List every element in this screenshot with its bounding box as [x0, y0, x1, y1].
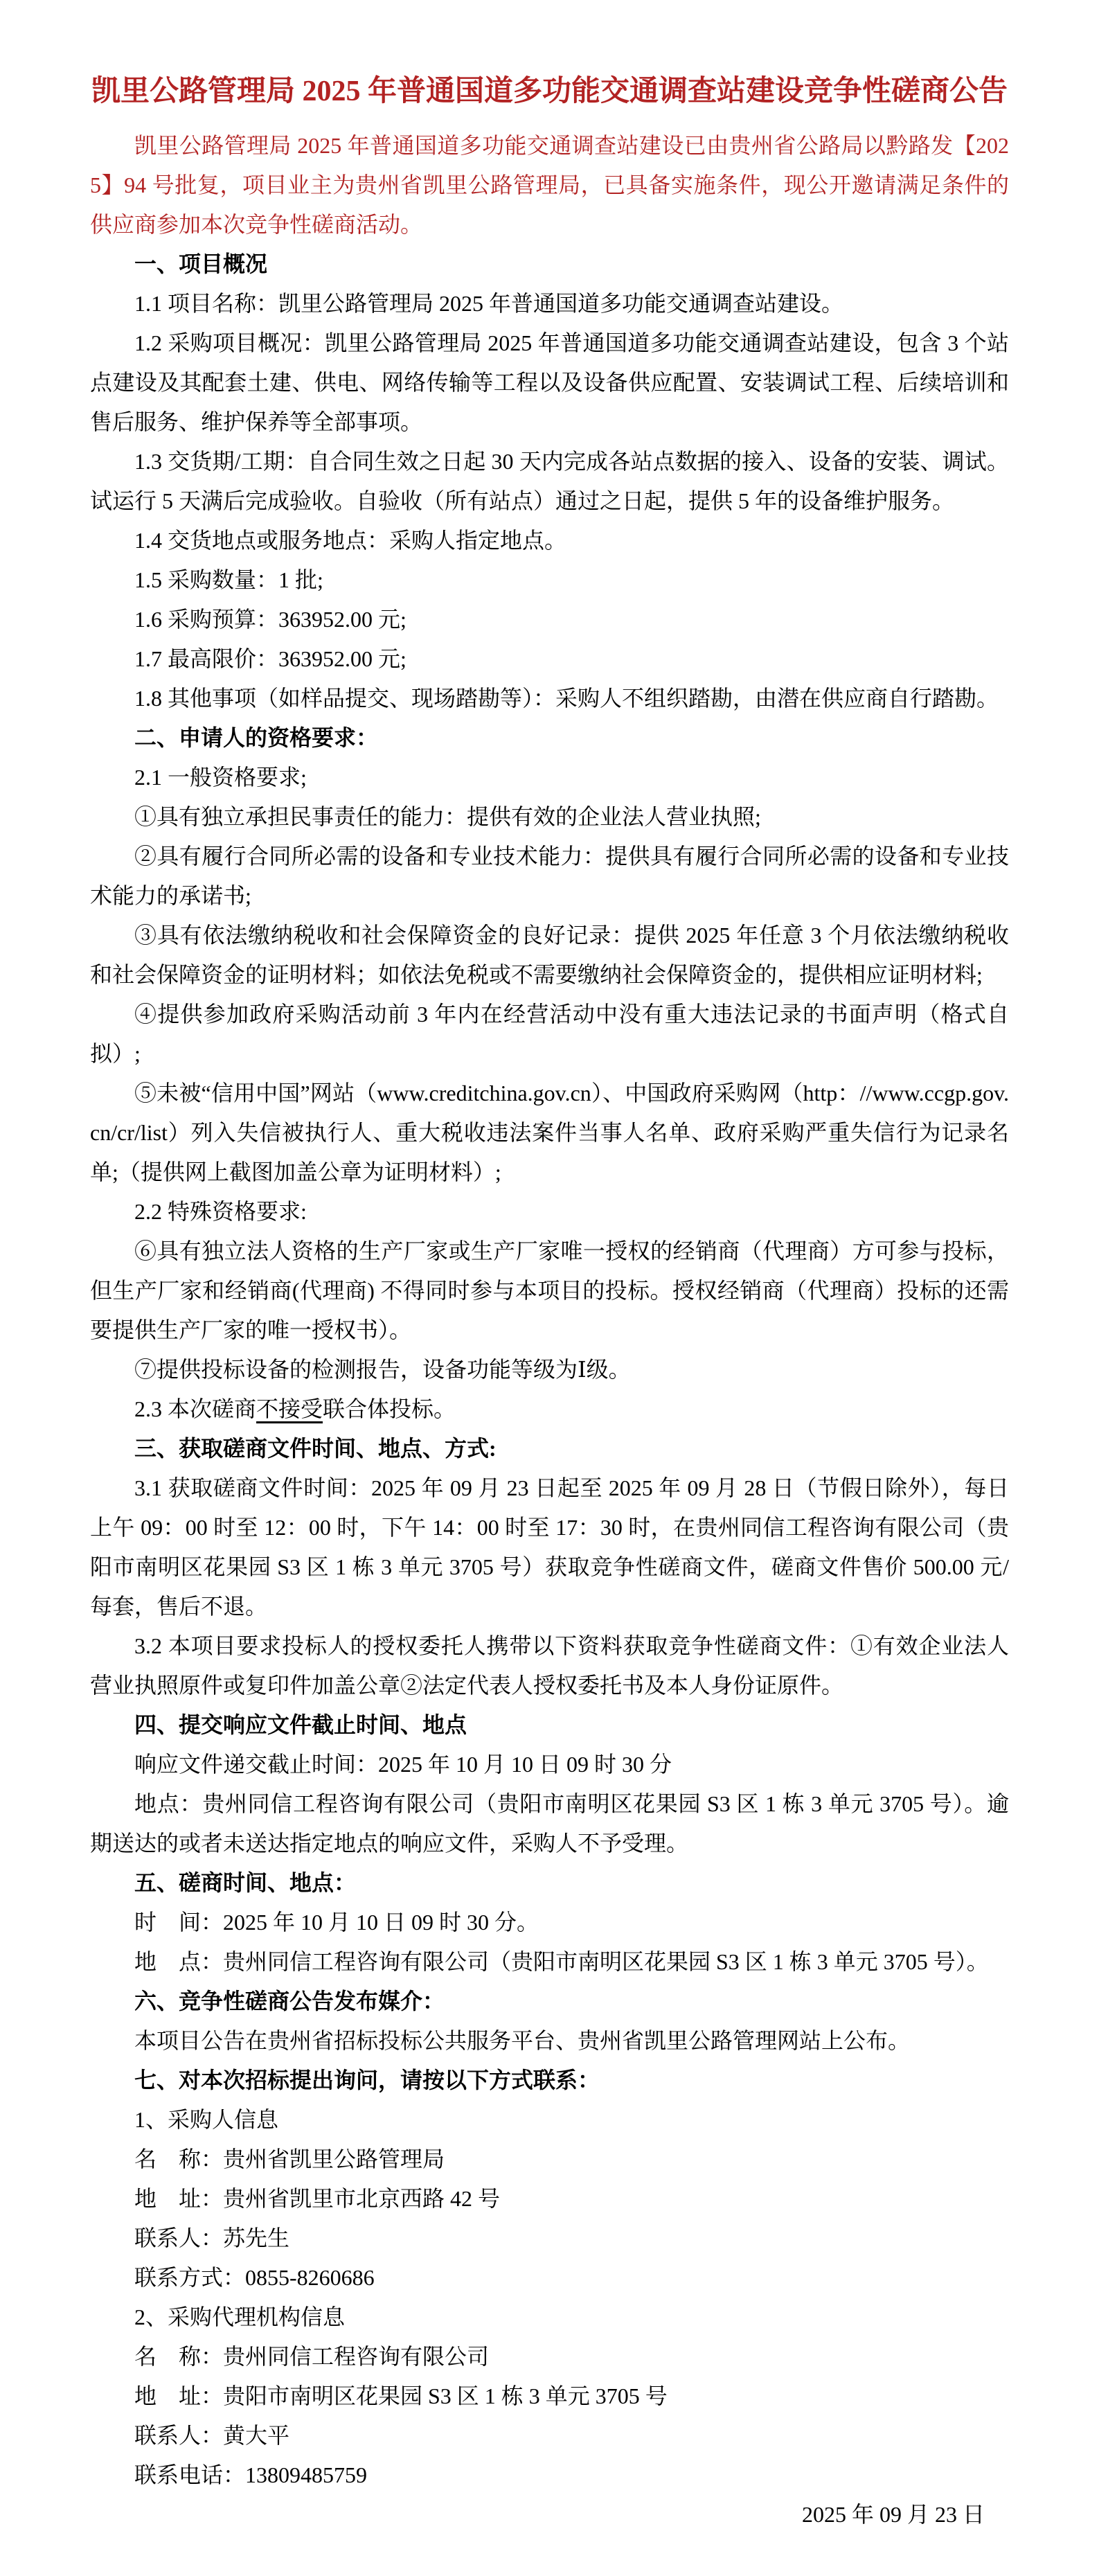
- document-title: 凯里公路管理局 2025 年普通国道多功能交通调查站建设竞争性磋商公告: [90, 69, 1009, 114]
- paragraph: 3.1 获取磋商文件时间：2025 年 09 月 23 日起至 2025 年 0…: [90, 1468, 1009, 1626]
- paragraph: 1.7 最高限价：363952.00 元;: [90, 639, 1009, 679]
- section-heading: 六、竞争性磋商公告发布媒介：: [90, 1982, 1009, 2021]
- paragraph: ③具有依法缴纳税收和社会保障资金的良好记录：提供 2025 年任意 3 个月依法…: [90, 916, 1009, 995]
- section-heading: 五、磋商时间、地点：: [90, 1863, 1009, 1903]
- paragraph: 地 址：贵州省凯里市北京西路 42 号: [90, 2179, 1009, 2219]
- paragraph: ⑤未被“信用中国”网站（www.creditchina.gov.cn）、中国政府…: [90, 1074, 1009, 1192]
- paragraph: 1.6 采购预算：363952.00 元;: [90, 600, 1009, 639]
- paragraph: 1.3 交货期/工期：自合同生效之日起 30 天内完成各站点数据的接入、设备的安…: [90, 442, 1009, 521]
- paragraph: 本项目公告在贵州省招标投标公共服务平台、贵州省凯里公路管理网站上公布。: [90, 2021, 1009, 2061]
- paragraph: 地 址：贵阳市南明区花果园 S3 区 1 栋 3 单元 3705 号: [90, 2377, 1009, 2416]
- date-line: 2025 年 09 月 23 日: [90, 2495, 1009, 2534]
- paragraph: 1、采购人信息: [90, 2100, 1009, 2140]
- paragraph: ⑦提供投标设备的检测报告，设备功能等级为Ⅰ级。: [90, 1350, 1009, 1389]
- paragraph: ⑥具有独立法人资格的生产厂家或生产厂家唯一授权的经销商（代理商）方可参与投标，但…: [90, 1232, 1009, 1350]
- section-heading: 七、对本次招标提出询问，请按以下方式联系：: [90, 2061, 1009, 2100]
- paragraph: ②具有履行合同所必需的设备和专业技术能力：提供具有履行合同所必需的设备和专业技术…: [90, 837, 1009, 916]
- paragraph: 1.4 交货地点或服务地点：采购人指定地点。: [90, 521, 1009, 560]
- document-page: 凯里公路管理局 2025 年普通国道多功能交通调查站建设竞争性磋商公告 凯里公路…: [0, 0, 1099, 2576]
- paragraph: 响应文件递交截止时间：2025 年 10 月 10 日 09 时 30 分: [90, 1745, 1009, 1784]
- paragraph: 1.1 项目名称：凯里公路管理局 2025 年普通国道多功能交通调查站建设。: [90, 284, 1009, 323]
- paragraph: 地点：贵州同信工程咨询有限公司（贵阳市南明区花果园 S3 区 1 栋 3 单元 …: [90, 1784, 1009, 1863]
- paragraph: 名 称：贵州省凯里公路管理局: [90, 2140, 1009, 2179]
- paragraph: 2.3 本次磋商不接受联合体投标。: [90, 1389, 1009, 1429]
- paragraph: 名 称：贵州同信工程咨询有限公司: [90, 2337, 1009, 2377]
- paragraph: 1.5 采购数量：1 批;: [90, 560, 1009, 600]
- intro-paragraph: 凯里公路管理局 2025 年普通国道多功能交通调查站建设已由贵州省公路局以黔路发…: [90, 126, 1009, 245]
- paragraph: 联系方式：0855-8260686: [90, 2258, 1009, 2298]
- underlined-text: 不接受: [256, 1396, 323, 1421]
- section-heading: 二、申请人的资格要求：: [90, 718, 1009, 758]
- section-heading: 三、获取磋商文件时间、地点、方式:: [90, 1429, 1009, 1468]
- paragraph: 时 间：2025 年 10 月 10 日 09 时 30 分。: [90, 1903, 1009, 1942]
- paragraph: 1.2 采购项目概况：凯里公路管理局 2025 年普通国道多功能交通调查站建设，…: [90, 323, 1009, 442]
- paragraph-text: 2.3 本次磋商: [134, 1396, 256, 1421]
- paragraph: 2.2 特殊资格要求:: [90, 1192, 1009, 1232]
- paragraph: ①具有独立承担民事责任的能力：提供有效的企业法人营业执照;: [90, 797, 1009, 837]
- paragraph: ④提供参加政府采购活动前 3 年内在经营活动中没有重大违法记录的书面声明（格式自…: [90, 995, 1009, 1074]
- paragraph: 联系人：黄大平: [90, 2416, 1009, 2455]
- paragraph: 3.2 本项目要求投标人的授权委托人携带以下资料获取竞争性磋商文件：①有效企业法…: [90, 1626, 1009, 1705]
- paragraph-text: 联合体投标。: [323, 1396, 456, 1421]
- paragraph: 1.8 其他事项（如样品提交、现场踏勘等）：采购人不组织踏勘，由潜在供应商自行踏…: [90, 679, 1009, 718]
- paragraph: 2、采购代理机构信息: [90, 2298, 1009, 2337]
- paragraph: 地 点：贵州同信工程咨询有限公司（贵阳市南明区花果园 S3 区 1 栋 3 单元…: [90, 1942, 1009, 1982]
- section-heading: 一、项目概况: [90, 245, 1009, 284]
- paragraph: 2.1 一般资格要求;: [90, 758, 1009, 797]
- document-body: 凯里公路管理局 2025 年普通国道多功能交通调查站建设已由贵州省公路局以黔路发…: [90, 126, 1009, 2534]
- paragraph: 联系人：苏先生: [90, 2219, 1009, 2258]
- section-heading: 四、提交响应文件截止时间、地点: [90, 1705, 1009, 1745]
- paragraph: 联系电话：13809485759: [90, 2455, 1009, 2495]
